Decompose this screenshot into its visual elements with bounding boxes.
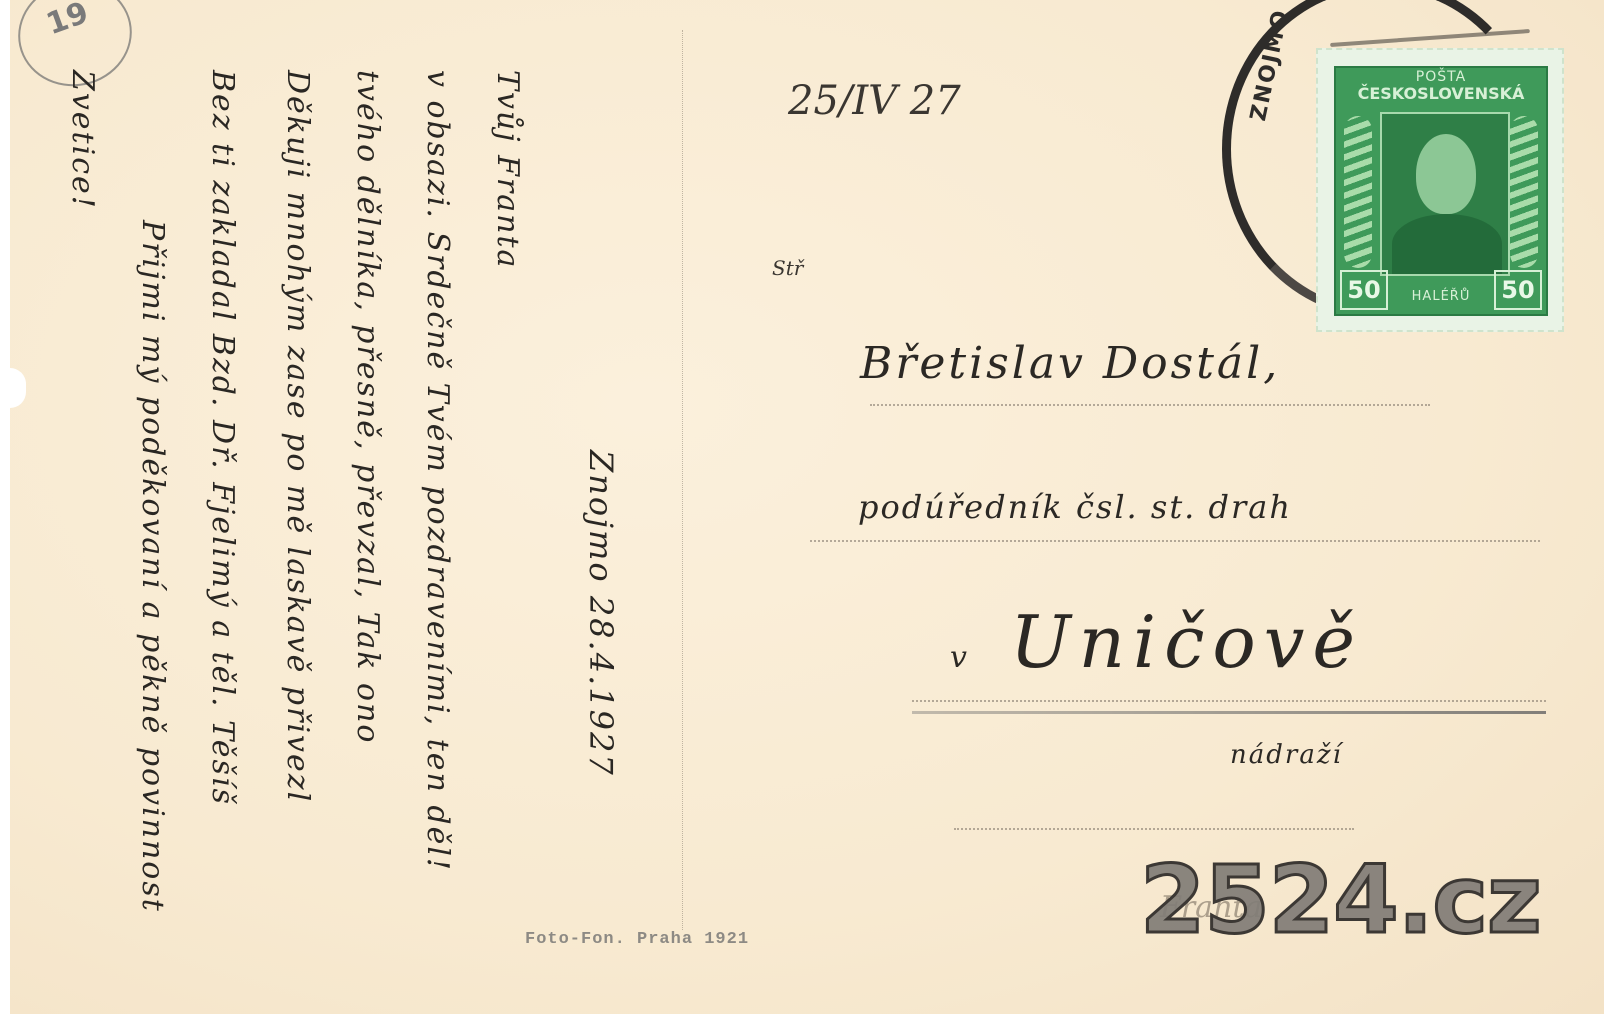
laurel-branch-icon [1344,116,1372,268]
stamp-country-label: ČESKOSLOVENSKÁ [1336,86,1546,102]
address-dotted-line [870,404,1430,406]
stamp-value-left: 50 [1340,270,1388,310]
message-line: v obsazi. Srdečně Tvém pozdraveními, ten… [420,70,455,872]
stamp-unit: HALÉŘŮ [1396,289,1486,304]
postage-stamp: POŠTA ČESKOSLOVENSKÁ 50 HALÉŘŮ 50 [1316,48,1564,332]
address-recipient-name: Břetislav Dostál, [860,338,1280,389]
center-divider [682,30,683,930]
message-line: tvého dělníka, přesně, převzal, Tak ono [350,70,385,744]
address-subline: nádraží [1230,740,1343,770]
address-place-prefix: v [950,640,967,675]
address-underline [912,711,1546,714]
message-line: Přijmi mý poděkovaní a pěkně povinnost [135,220,170,913]
message-line: Tvůj Franta [490,70,525,269]
address-dotted-line [810,540,1540,542]
message-line: Bez ti zakladal Bzd. Dř. Fjelimý a těl. … [205,70,240,806]
stamp-value-right: 50 [1494,270,1542,310]
address-dotted-line [912,700,1546,702]
address-city: Uničově [1010,600,1363,684]
printer-credit: Foto-Fon. Praha 1921 [525,930,749,949]
stamp-portrait [1380,112,1510,276]
reference-note: 25/IV 27 [788,78,961,124]
stamp-posta-label: POŠTA [1336,70,1546,84]
watermark-logo: 2524.cz [1140,846,1541,955]
address-recipient-title: podúředník čsl. st. drah [858,488,1292,526]
message-line: Zvetice! [65,70,100,210]
postcard-back: 19 Zvetice! Přijmi mý poděkovaní a pěkně… [10,0,1604,1014]
archive-number: 19 [42,0,93,42]
message-dateline: Znojmo 28.4.1927 [582,450,620,777]
address-dotted-line [954,828,1354,830]
handwritten-message: Zvetice! Přijmi mý poděkovaní a pěkně po… [20,40,660,960]
message-line: Děkuji mnohým zase po mě laskavě přivezl [280,70,315,803]
laurel-branch-icon [1510,116,1538,268]
small-handwritten-mark: Stř [772,256,803,280]
